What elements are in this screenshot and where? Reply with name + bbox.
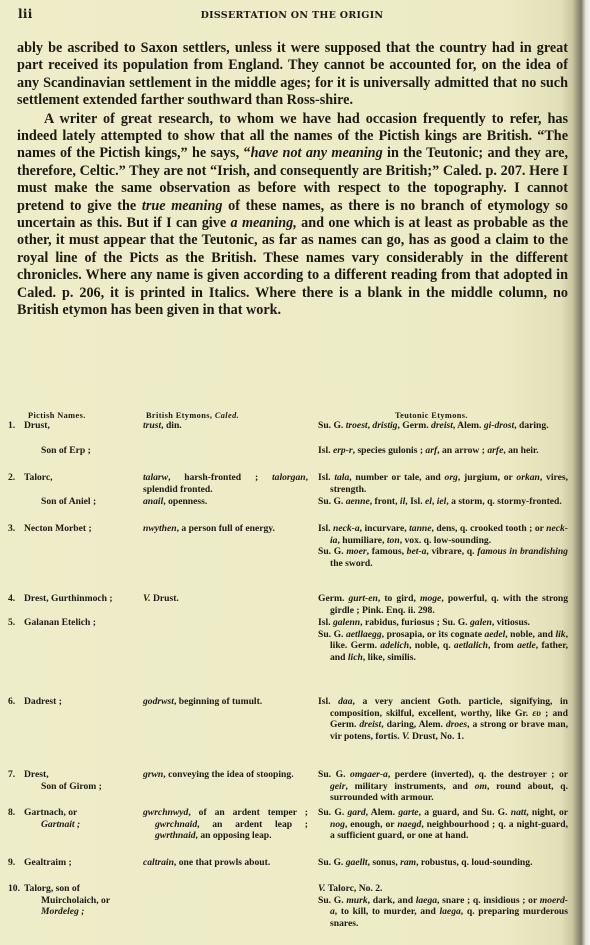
british-etymon: nwythen, a person full of energy.	[143, 523, 308, 535]
pictish-name: 4.Drest, Gurthinmoch ;	[8, 593, 140, 605]
british-etymon: talarw, harsh-fronted ; talorgan, splend…	[143, 472, 308, 495]
paragraph-1: ably be ascribed to Saxon settlers, unle…	[17, 40, 568, 110]
teutonic-etymon: Su. G. troest, dristig, Germ. dreist, Al…	[318, 420, 568, 432]
pictish-name: 3.Necton Morbet ;	[8, 523, 140, 535]
british-etymon: trust, din.	[143, 420, 308, 432]
pictish-name: 10.Talorg, son ofMuircholaich, orMordele…	[8, 883, 140, 918]
pictish-name: 2.Talorc,	[8, 472, 140, 484]
teutonic-etymon: Su. G. omgaer-a, perdere (inverted), q. …	[318, 769, 568, 804]
running-head: DISSERTATION ON THE ORIGIN	[18, 10, 566, 21]
pictish-name: 8.Gartnach, orGartnait ;	[8, 807, 140, 830]
teutonic-etymon: Isl. erp-r, species gulonis ; arf, an ar…	[318, 445, 568, 457]
teutonic-etymon: Isl. neck-a, incurvare, tanne, dens, q. …	[318, 523, 568, 569]
pictish-name: Son of Erp ;	[8, 445, 173, 457]
book-page: lii DISSERTATION ON THE ORIGIN ably be a…	[0, 0, 590, 945]
british-etymon: anail, openness.	[143, 496, 308, 508]
paragraph-2: A writer of great research, to whom we h…	[17, 111, 568, 320]
british-etymon: godrwst, beginning of tumult.	[143, 696, 308, 708]
british-etymon: V. Drust.	[143, 593, 308, 605]
pictish-name: 6.Dadrest ;	[8, 696, 140, 708]
british-etymon: caltrain, one that prowls about.	[143, 857, 308, 869]
teutonic-etymon: Isl. tala, number or tale, and org, jurg…	[318, 472, 568, 495]
british-etymon: grwn, conveying the idea of stooping.	[143, 769, 308, 781]
teutonic-etymon: Su. G. gaellt, sonus, ram, robustus, q. …	[318, 857, 568, 869]
teutonic-etymon: V. Talorc, No. 2. Su. G. murk, dark, and…	[318, 883, 568, 929]
teutonic-etymon: Su. G. aenne, front, il, Isl. el, iel, a…	[318, 496, 568, 508]
teutonic-etymon: Su. G. gard, Alem. garte, a guard, and S…	[318, 807, 568, 842]
pictish-name: 7.Drest,Son of Girom ;	[8, 769, 140, 792]
teutonic-etymon: Isl. daa, a very ancient Goth. particle,…	[318, 696, 568, 742]
british-etymon: gwrchnwyd, of an ardent temper ; gwrchna…	[143, 807, 308, 842]
pictish-name: 1.Drust,	[8, 420, 140, 432]
teutonic-etymon: Germ. gurt-en, to gird, moge, powerful, …	[318, 593, 568, 616]
teutonic-etymon: Isl. galenn, rabidus, furiosus ; Su. G. …	[318, 617, 568, 663]
page-header: lii DISSERTATION ON THE ORIGIN	[18, 7, 566, 25]
body-text: ably be ascribed to Saxon settlers, unle…	[17, 40, 568, 320]
pictish-name: 9.Gealtraim ;	[8, 857, 140, 869]
pictish-name: 5.Galanan Etelich ;	[8, 617, 140, 629]
